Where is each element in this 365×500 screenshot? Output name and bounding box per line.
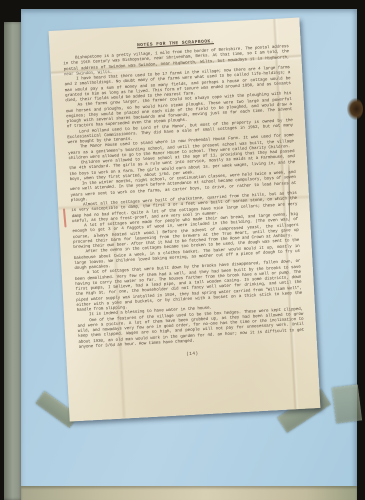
document-body: Bishopstone is a pretty village, 1 mile … bbox=[63, 45, 305, 351]
tape-right-edge bbox=[332, 385, 362, 424]
typed-sheet: NOTES FOR THE SCRAPBOOK. Bishopstone is … bbox=[49, 17, 321, 421]
stain-right-edge bbox=[347, 98, 363, 120]
album-page-bottom-edge bbox=[21, 486, 357, 500]
scrapbook-photo: NOTES FOR THE SCRAPBOOK. Bishopstone is … bbox=[0, 0, 365, 500]
red-pencil-margin-mark bbox=[63, 208, 66, 227]
